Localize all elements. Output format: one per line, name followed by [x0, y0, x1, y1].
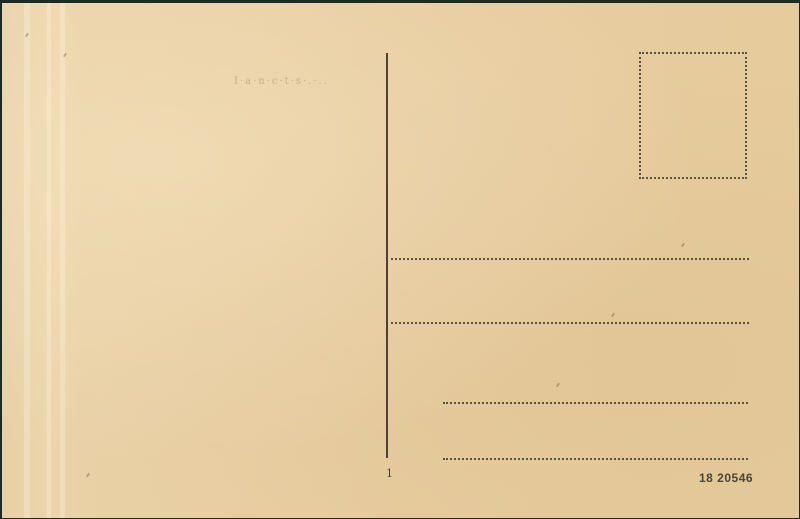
faded-header-text: I·a·n·c·t·s·.·.. [234, 76, 329, 87]
paper-streak [24, 3, 30, 518]
paper-streak [60, 3, 65, 518]
stamp-box [639, 52, 747, 179]
paper-speck [611, 313, 615, 317]
serial-number: 18 20546 [699, 471, 753, 485]
paper-speck [556, 383, 560, 387]
postcard-back: I·a·n·c·t·s·.·.. 1 18 20546 [2, 3, 799, 518]
address-line-1 [391, 258, 749, 260]
address-line-3 [443, 402, 748, 404]
address-line-4 [443, 458, 748, 460]
paper-speck [86, 473, 90, 477]
vertical-divider [386, 53, 388, 458]
divider-number: 1 [386, 467, 393, 480]
paper-streak [47, 3, 51, 518]
paper-speck [63, 53, 67, 57]
address-line-2 [391, 322, 749, 324]
paper-speck [681, 243, 685, 247]
